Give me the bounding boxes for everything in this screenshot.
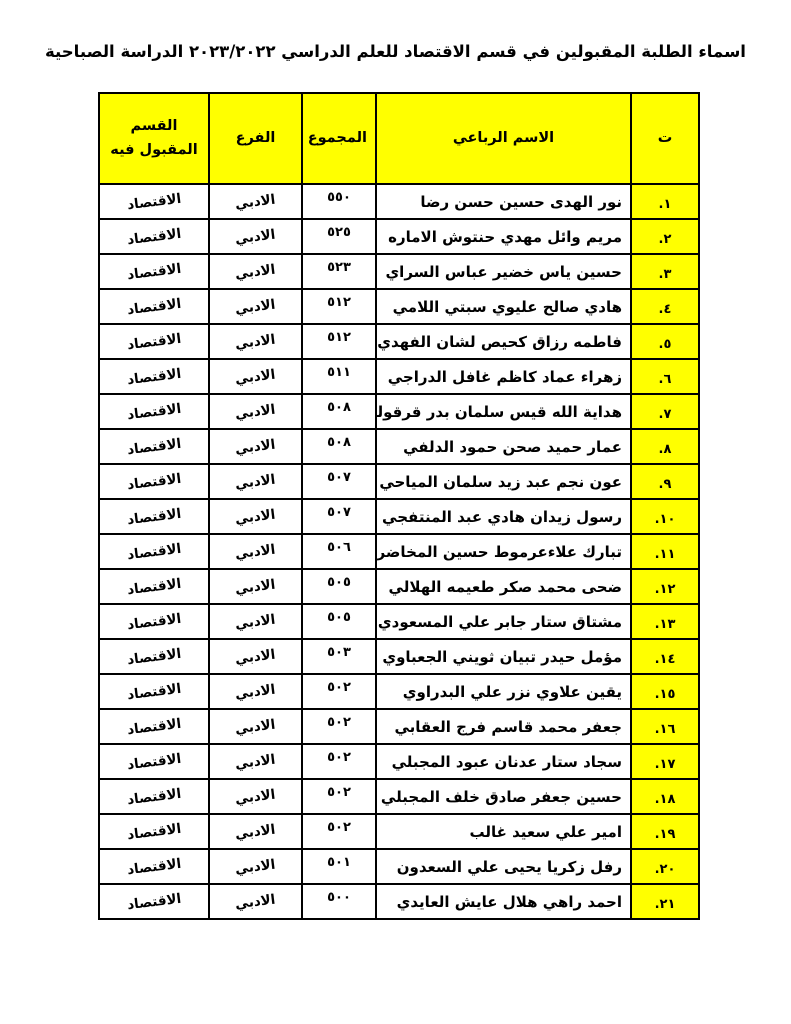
row-index-cell: ٢. (631, 219, 699, 254)
student-name-cell: رسول زيدان هادي عبد المنتفجي (376, 499, 631, 534)
department-cell: الاقتصاد (99, 709, 209, 744)
table-row: ١٧.سجاد ستار عدنان عبود المجبلي٥٠٢الادبي… (99, 744, 699, 779)
department-label: الاقتصاد (126, 680, 182, 703)
row-index-cell: ١٨. (631, 779, 699, 814)
row-index-cell: ١٦. (631, 709, 699, 744)
department-cell: الاقتصاد (99, 289, 209, 324)
department-label: الاقتصاد (126, 750, 182, 773)
branch-cell: الادبي (209, 639, 302, 674)
branch-cell: الادبي (209, 779, 302, 814)
department-cell: الاقتصاد (99, 359, 209, 394)
branch-label: الادبي (235, 821, 277, 842)
department-label: الاقتصاد (126, 715, 182, 738)
row-index-cell: ٢٠. (631, 849, 699, 884)
branch-label: الادبي (235, 716, 277, 737)
table-row: ١٢.ضحى محمد صكر طعيمه الهلالي٥٠٥الادبيال… (99, 569, 699, 604)
department-label: الاقتصاد (126, 470, 182, 493)
branch-label: الادبي (235, 786, 277, 807)
total-score-cell: ٥١٢ (302, 289, 376, 324)
department-cell: الاقتصاد (99, 814, 209, 849)
branch-cell: الادبي (209, 569, 302, 604)
branch-label: الادبي (235, 681, 277, 702)
department-cell: الاقتصاد (99, 534, 209, 569)
row-index-cell: ١٤. (631, 639, 699, 674)
total-score-cell: ٥٠٥ (302, 569, 376, 604)
department-label: الاقتصاد (126, 610, 182, 633)
branch-cell: الادبي (209, 709, 302, 744)
table-row: ٨.عمار حميد صحن حمود الدلفي٥٠٨الادبيالاق… (99, 429, 699, 464)
table-row: ٥.فاطمه رزاق كحيص لشان الفهدي٥١٢الادبيال… (99, 324, 699, 359)
department-cell: الاقتصاد (99, 254, 209, 289)
branch-cell: الادبي (209, 499, 302, 534)
table-row: ١٩.امير علي سعيد غالب٥٠٢الادبيالاقتصاد (99, 814, 699, 849)
table-row: ١٤.مؤمل حيدر تبيان ثويني الجعباوي٥٠٣الاد… (99, 639, 699, 674)
branch-label: الادبي (235, 611, 277, 632)
branch-label: الادبي (235, 296, 277, 317)
student-name-cell: هادي صالح عليوي سبتي اللامي (376, 289, 631, 324)
department-cell: الاقتصاد (99, 219, 209, 254)
row-index-cell: ٤. (631, 289, 699, 324)
department-cell: الاقتصاد (99, 674, 209, 709)
branch-label: الادبي (235, 366, 277, 387)
total-score-cell: ٥٠٢ (302, 814, 376, 849)
department-label: الاقتصاد (126, 260, 182, 283)
row-index-cell: ١٠. (631, 499, 699, 534)
department-label: الاقتصاد (126, 785, 182, 808)
total-score-cell: ٥٠٨ (302, 429, 376, 464)
department-cell: الاقتصاد (99, 884, 209, 919)
total-score-cell: ٥٠٦ (302, 534, 376, 569)
branch-label: الادبي (235, 436, 277, 457)
department-label: الاقتصاد (126, 505, 182, 528)
student-name-cell: هداية الله قيس سلمان بدر قرقولي (376, 394, 631, 429)
branch-cell: الادبي (209, 184, 302, 219)
branch-cell: الادبي (209, 429, 302, 464)
branch-label: الادبي (235, 331, 277, 352)
table-row: ١٦.جعفر محمد قاسم فرج العقابي٥٠٢الادبيال… (99, 709, 699, 744)
student-name-cell: تبارك علاءعرموط حسين المخاضره (376, 534, 631, 569)
department-label: الاقتصاد (126, 890, 182, 913)
student-name-cell: رفل زكريا يحيى علي السعدون (376, 849, 631, 884)
total-score-cell: ٥٠٨ (302, 394, 376, 429)
department-cell: الاقتصاد (99, 569, 209, 604)
row-index-cell: ١٧. (631, 744, 699, 779)
student-name-cell: مؤمل حيدر تبيان ثويني الجعباوي (376, 639, 631, 674)
table-row: ١٠.رسول زيدان هادي عبد المنتفجي٥٠٧الادبي… (99, 499, 699, 534)
total-score-cell: ٥٠٣ (302, 639, 376, 674)
students-table-body: ١.نور الهدى حسين حسن رضا٥٥٠الادبيالاقتصا… (99, 184, 699, 919)
row-index-cell: ٦. (631, 359, 699, 394)
row-index-cell: ٢١. (631, 884, 699, 919)
department-label: الاقتصاد (126, 855, 182, 878)
branch-cell: الادبي (209, 534, 302, 569)
header-branch-cell: الفرع (209, 93, 302, 184)
department-label: الاقتصاد (126, 330, 182, 353)
table-row: ٢.مريم وائل مهدي حنتوش الاماره٥٢٥الادبيا… (99, 219, 699, 254)
row-index-cell: ١٢. (631, 569, 699, 604)
table-row: ١٥.يقين علاوي نزر علي البدراوي٥٠٢الادبيا… (99, 674, 699, 709)
department-label: الاقتصاد (126, 820, 182, 843)
department-label: الاقتصاد (126, 435, 182, 458)
table-row: ٣.حسين ياس خضير عباس السراي٥٢٣الادبيالاق… (99, 254, 699, 289)
student-name-cell: مشتاق ستار جابر علي المسعودي (376, 604, 631, 639)
department-label: الاقتصاد (126, 645, 182, 668)
table-row: ١١.تبارك علاءعرموط حسين المخاضره٥٠٦الادب… (99, 534, 699, 569)
row-index-cell: ١. (631, 184, 699, 219)
department-label: الاقتصاد (126, 295, 182, 318)
student-name-cell: احمد راهي هلال عايش العايدي (376, 884, 631, 919)
student-name-cell: حسين ياس خضير عباس السراي (376, 254, 631, 289)
branch-cell: الادبي (209, 604, 302, 639)
student-name-cell: امير علي سعيد غالب (376, 814, 631, 849)
student-name-cell: مريم وائل مهدي حنتوش الاماره (376, 219, 631, 254)
branch-label: الادبي (235, 576, 277, 597)
department-label: الاقتصاد (126, 400, 182, 423)
total-score-cell: ٥٠٥ (302, 604, 376, 639)
total-score-cell: ٥٠٢ (302, 674, 376, 709)
header-index-cell: ت (631, 93, 699, 184)
total-score-cell: ٥١١ (302, 359, 376, 394)
total-score-cell: ٥٢٣ (302, 254, 376, 289)
total-score-cell: ٥٠٢ (302, 779, 376, 814)
row-index-cell: ١٥. (631, 674, 699, 709)
row-index-cell: ٣. (631, 254, 699, 289)
student-name-cell: عمار حميد صحن حمود الدلفي (376, 429, 631, 464)
department-cell: الاقتصاد (99, 849, 209, 884)
branch-cell: الادبي (209, 464, 302, 499)
branch-cell: الادبي (209, 254, 302, 289)
row-index-cell: ١٣. (631, 604, 699, 639)
branch-cell: الادبي (209, 394, 302, 429)
department-cell: الاقتصاد (99, 394, 209, 429)
total-score-cell: ٥١٢ (302, 324, 376, 359)
department-label: الاقتصاد (126, 365, 182, 388)
branch-cell: الادبي (209, 884, 302, 919)
row-index-cell: ١٩. (631, 814, 699, 849)
row-index-cell: ٥. (631, 324, 699, 359)
branch-label: الادبي (235, 891, 277, 912)
header-total-cell: المجموع (302, 93, 376, 184)
header-name-cell: الاسم الرباعي (376, 93, 631, 184)
students-table: ت الاسم الرباعي المجموع الفرع القسم المق… (98, 92, 700, 920)
student-name-cell: زهراء عماد كاظم غافل الدراجي (376, 359, 631, 394)
header-row: ت الاسم الرباعي المجموع الفرع القسم المق… (99, 93, 699, 184)
total-score-cell: ٥٠١ (302, 849, 376, 884)
department-cell: الاقتصاد (99, 639, 209, 674)
table-row: ٧.هداية الله قيس سلمان بدر قرقولي٥٠٨الاد… (99, 394, 699, 429)
department-label: الاقتصاد (126, 190, 182, 213)
student-name-cell: عون نجم عبد زيد سلمان المياحي (376, 464, 631, 499)
department-cell: الاقتصاد (99, 499, 209, 534)
table-row: ٩.عون نجم عبد زيد سلمان المياحي٥٠٧الادبي… (99, 464, 699, 499)
student-name-cell: ضحى محمد صكر طعيمه الهلالي (376, 569, 631, 604)
branch-label: الادبي (235, 471, 277, 492)
department-label: الاقتصاد (126, 540, 182, 563)
student-name-cell: فاطمه رزاق كحيص لشان الفهدي (376, 324, 631, 359)
department-label: الاقتصاد (126, 225, 182, 248)
table-row: ٤.هادي صالح عليوي سبتي اللامي٥١٢الادبيال… (99, 289, 699, 324)
total-score-cell: ٥٠٧ (302, 499, 376, 534)
total-score-cell: ٥٠٢ (302, 744, 376, 779)
branch-label: الادبي (235, 541, 277, 562)
branch-label: الادبي (235, 261, 277, 282)
table-row: ٦.زهراء عماد كاظم غافل الدراجي٥١١الادبيا… (99, 359, 699, 394)
branch-label: الادبي (235, 191, 277, 212)
branch-cell: الادبي (209, 324, 302, 359)
department-cell: الاقتصاد (99, 779, 209, 814)
branch-label: الادبي (235, 401, 277, 422)
student-name-cell: جعفر محمد قاسم فرج العقابي (376, 709, 631, 744)
department-label: الاقتصاد (126, 575, 182, 598)
students-table-header: ت الاسم الرباعي المجموع الفرع القسم المق… (99, 93, 699, 184)
total-score-cell: ٥٠٢ (302, 709, 376, 744)
branch-label: الادبي (235, 751, 277, 772)
table-row: ١.نور الهدى حسين حسن رضا٥٥٠الادبيالاقتصا… (99, 184, 699, 219)
student-name-cell: يقين علاوي نزر علي البدراوي (376, 674, 631, 709)
branch-cell: الادبي (209, 814, 302, 849)
branch-cell: الادبي (209, 289, 302, 324)
department-cell: الاقتصاد (99, 429, 209, 464)
department-cell: الاقتصاد (99, 744, 209, 779)
department-cell: الاقتصاد (99, 604, 209, 639)
total-score-cell: ٥٠٠ (302, 884, 376, 919)
document-page: اسماء الطلبة المقبولين في قسم الاقتصاد ل… (0, 0, 791, 1024)
page-title: اسماء الطلبة المقبولين في قسم الاقتصاد ل… (0, 42, 791, 61)
branch-cell: الادبي (209, 849, 302, 884)
branch-label: الادبي (235, 856, 277, 877)
branch-cell: الادبي (209, 219, 302, 254)
branch-cell: الادبي (209, 359, 302, 394)
branch-label: الادبي (235, 226, 277, 247)
branch-label: الادبي (235, 646, 277, 667)
student-name-cell: سجاد ستار عدنان عبود المجبلي (376, 744, 631, 779)
table-row: ٢١.احمد راهي هلال عايش العايدي٥٠٠الادبيا… (99, 884, 699, 919)
table-row: ٢٠.رفل زكريا يحيى علي السعدون٥٠١الادبيال… (99, 849, 699, 884)
row-index-cell: ٨. (631, 429, 699, 464)
department-cell: الاقتصاد (99, 184, 209, 219)
total-score-cell: ٥٢٥ (302, 219, 376, 254)
row-index-cell: ١١. (631, 534, 699, 569)
table-row: ١٣.مشتاق ستار جابر علي المسعودي٥٠٥الادبي… (99, 604, 699, 639)
student-name-cell: حسين جعفر صادق خلف المجبلي (376, 779, 631, 814)
branch-cell: الادبي (209, 744, 302, 779)
row-index-cell: ٧. (631, 394, 699, 429)
total-score-cell: ٥٠٧ (302, 464, 376, 499)
student-name-cell: نور الهدى حسين حسن رضا (376, 184, 631, 219)
department-cell: الاقتصاد (99, 324, 209, 359)
row-index-cell: ٩. (631, 464, 699, 499)
branch-label: الادبي (235, 506, 277, 527)
total-score-cell: ٥٥٠ (302, 184, 376, 219)
department-cell: الاقتصاد (99, 464, 209, 499)
header-department-cell: القسم المقبول فيه (99, 93, 209, 184)
branch-cell: الادبي (209, 674, 302, 709)
table-row: ١٨.حسين جعفر صادق خلف المجبلي٥٠٢الادبيال… (99, 779, 699, 814)
